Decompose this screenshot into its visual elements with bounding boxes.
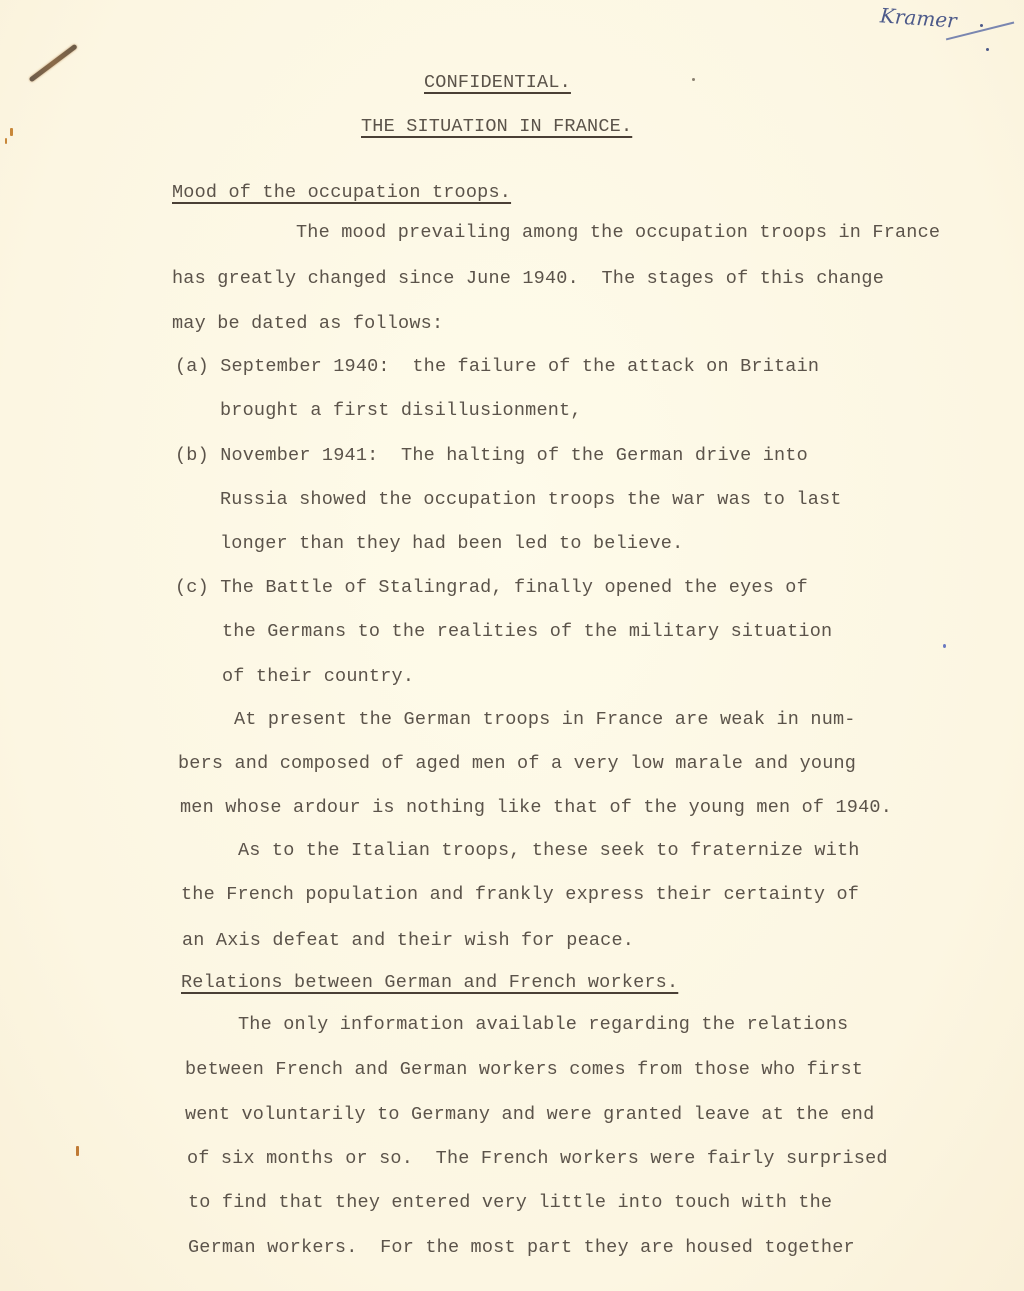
ink-speck	[943, 644, 946, 648]
list-item-a: (a) September 1940: the failure of the a…	[175, 356, 819, 378]
paragraph-line: As to the Italian troops, these seek to …	[238, 840, 860, 862]
list-item-c-continued: of their country.	[222, 666, 414, 688]
paragraph-line: bers and composed of aged men of a very …	[178, 753, 856, 775]
margin-speck	[10, 128, 13, 136]
paragraph-line: of six months or so. The French workers …	[187, 1148, 888, 1170]
paragraph-line: German workers. For the most part they a…	[188, 1237, 855, 1259]
list-item-c-continued: the Germans to the realities of the mili…	[222, 621, 832, 643]
margin-speck	[76, 1146, 79, 1156]
paragraph-line: went voluntarily to Germany and were gra…	[185, 1104, 874, 1126]
list-item-b-continued: Russia showed the occupation troops the …	[220, 489, 842, 511]
signature-dot	[980, 24, 983, 27]
list-item-a-continued: brought a first disillusionment,	[220, 400, 582, 422]
paragraph-line: has greatly changed since June 1940. The…	[172, 268, 884, 290]
classification-heading: CONFIDENTIAL.	[424, 72, 571, 94]
list-item-b: (b) November 1941: The halting of the Ge…	[175, 445, 808, 467]
paragraph-line: may be dated as follows:	[172, 313, 443, 335]
paragraph-line: The only information available regarding…	[238, 1014, 848, 1036]
paragraph-line: At present the German troops in France a…	[234, 709, 856, 731]
handwritten-signature: Kramer	[879, 3, 957, 32]
list-item-c: (c) The Battle of Stalingrad, finally op…	[175, 577, 808, 599]
list-item-b-continued: longer than they had been led to believe…	[220, 533, 683, 555]
section-heading: Relations between German and French work…	[181, 972, 678, 994]
ink-speck	[692, 78, 695, 81]
section-heading: Mood of the occupation troops.	[172, 182, 511, 204]
paragraph-line: the French population and frankly expres…	[181, 884, 859, 906]
paragraph-line: The mood prevailing among the occupation…	[296, 222, 940, 244]
paragraph-line: men whose ardour is nothing like that of…	[180, 797, 892, 819]
document-page: Kramer CONFIDENTIAL. THE SITUATION IN FR…	[0, 0, 1024, 1291]
signature-dot	[986, 48, 989, 51]
paragraph-line: to find that they entered very little in…	[188, 1192, 832, 1214]
margin-speck	[5, 138, 7, 144]
paragraph-line: an Axis defeat and their wish for peace.	[182, 930, 634, 952]
margin-pencil-mark	[28, 44, 77, 83]
document-title: THE SITUATION IN FRANCE.	[361, 116, 632, 138]
paragraph-line: between French and German workers comes …	[185, 1059, 863, 1081]
